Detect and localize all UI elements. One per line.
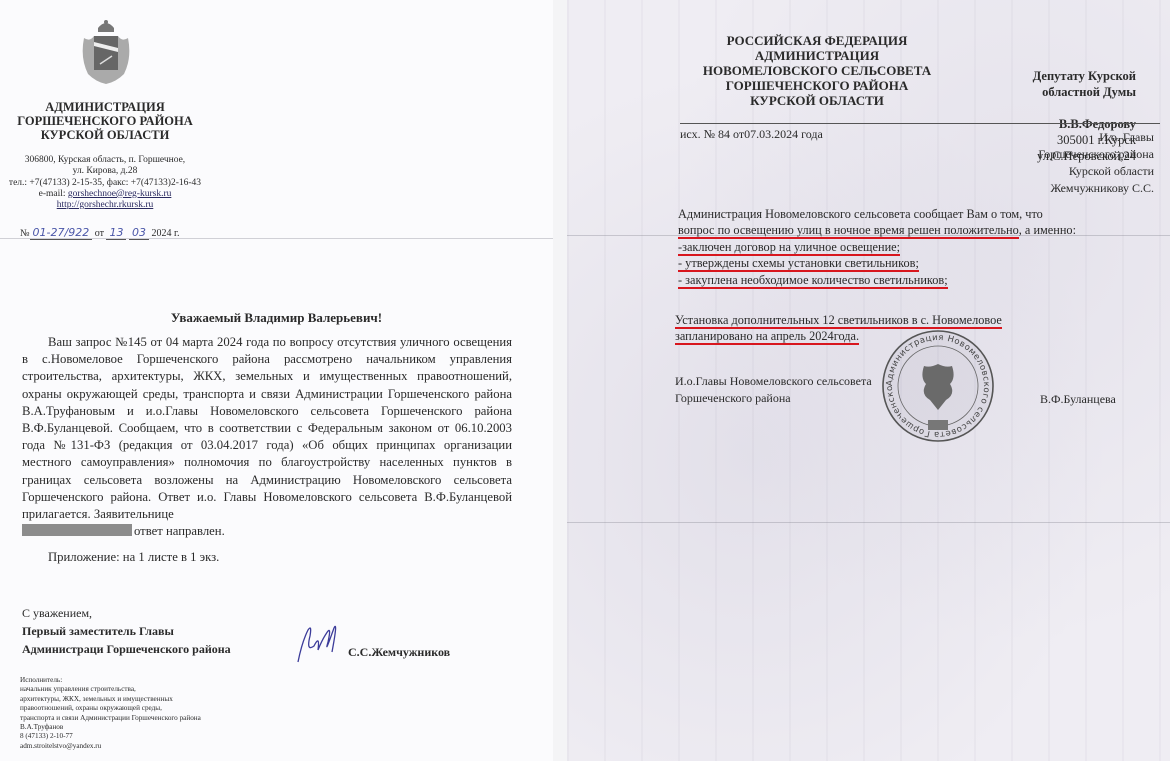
email-link[interactable]: gorshechnoe@reg-kursk.ru xyxy=(68,189,171,199)
email-label: e-mail: xyxy=(39,189,68,199)
page-gap xyxy=(553,0,567,761)
body-tail: ответ направлен. xyxy=(134,524,225,538)
coat-of-arms-icon xyxy=(78,18,134,86)
org-address: 306800, Курская область, п. Горшечное, у… xyxy=(0,155,210,211)
addressee-line: И.о. Главы xyxy=(934,129,1154,146)
addressee-line: Горшеченского района xyxy=(934,146,1154,163)
org-title: АДМИНИСТРАЦИЯ ГОРШЕЧЕНСКОГО РАЙОНА КУРСК… xyxy=(0,100,210,142)
rf-letterhead: РОССИЙСКАЯ ФЕДЕРАЦИЯ АДМИНИСТРАЦИЯ НОВОМ… xyxy=(567,33,1067,108)
letterhead-line: КУРСКОЙ ОБЛАСТИ xyxy=(567,93,1067,108)
redacted-name xyxy=(22,524,132,536)
letterhead-line: ГОРШЕЧЕНСКОГО РАЙОНА xyxy=(567,78,1067,93)
body-paragraph: Ваш запрос №145 от 04 марта 2024 года по… xyxy=(22,335,512,521)
decision-rest: , а именно: xyxy=(1019,223,1076,237)
executor-name: В.А.Труфанов xyxy=(20,723,201,732)
signer-title-line: И.о.Главы Новомеловского сельсовета xyxy=(675,373,872,390)
installation-line: запланировано на апрель 2024года. xyxy=(675,329,859,345)
executor-line: начальник управления строительства, xyxy=(20,685,201,694)
addressee-line: Жемчужникову С.С. xyxy=(934,180,1154,197)
executor-email[interactable]: adm.stroitelstvo@yandex.ru xyxy=(20,742,201,751)
signer-title-line: Горшеченского района xyxy=(675,390,872,407)
executor-line: Исполнитель: xyxy=(20,676,201,685)
letterhead-line: НОВОМЕЛОВСКОГО СЕЛЬСОВЕТА xyxy=(567,63,1067,78)
phone-fax-line: тел.: +7(47133) 2-15-35, факс: +7(47133)… xyxy=(0,178,210,189)
right-letter-body: Администрация Новомеловского сельсовета … xyxy=(678,206,1168,288)
official-seal-icon: Администрация Новомеловского сельсовета … xyxy=(880,328,996,444)
letterhead-line: АДМИНИСТРАЦИЯ xyxy=(567,48,1067,63)
action-item: -заключен договор на уличное освещение; xyxy=(678,240,900,256)
closing-text: С уважением, xyxy=(22,604,231,622)
installation-line: Установка дополнительных 12 светильников… xyxy=(675,313,1002,329)
right-signer-name: В.Ф.Буланцева xyxy=(1040,392,1116,407)
signer-name: С.С.Жемчужников xyxy=(348,645,450,660)
website-link[interactable]: http://gorshechr.rkursk.ru xyxy=(57,200,154,210)
right-signer-title: И.о.Главы Новомеловского сельсовета Горш… xyxy=(675,373,872,407)
org-title-line: ГОРШЕЧЕНСКОГО РАЙОНА xyxy=(0,114,210,128)
email-line: e-mail: gorshechnoe@reg-kursk.ru xyxy=(0,189,210,200)
executor-line: правоотношений, охраны окружающей среды, xyxy=(20,704,201,713)
handwritten-signature-icon xyxy=(292,622,348,664)
outgoing-number: исх. № 84 от07.03.2024 года xyxy=(680,127,823,142)
org-title-line: КУРСКОЙ ОБЛАСТИ xyxy=(0,128,210,142)
executor-phone: 8 (47133) 2-10-77 xyxy=(20,732,201,741)
action-item: - закуплена необходимое количество свети… xyxy=(678,273,948,289)
addressee-block: И.о. Главы Горшеченского района Курской … xyxy=(934,129,1154,197)
addressee-line: Курской области xyxy=(934,163,1154,180)
executor-line: транспорта и связи Администрации Горшече… xyxy=(20,714,201,723)
org-title-line: АДМИНИСТРАЦИЯ xyxy=(0,100,210,114)
address-line: 306800, Курская область, п. Горшечное, xyxy=(0,155,210,166)
action-item: - утверждены схемы установки светильнико… xyxy=(678,256,919,272)
letterhead-rule xyxy=(680,123,1160,124)
attachment-note: Приложение: на 1 листе в 1 экз. xyxy=(48,550,219,565)
signer-title: Первый заместитель Главы xyxy=(22,622,231,640)
fold-line xyxy=(567,522,1170,523)
salutation: Уважаемый Владимир Валерьевич! xyxy=(0,310,553,326)
signer-title: Администраци Горшеченского района xyxy=(22,640,231,658)
intro-line: Администрация Новомеловского сельсовета … xyxy=(678,206,1168,222)
decision-line: вопрос по освещению улиц в ночное время … xyxy=(678,222,1168,238)
executor-block: Исполнитель: начальник управления строит… xyxy=(20,676,201,751)
letter-body: Ваш запрос №145 от 04 марта 2024 года по… xyxy=(22,334,512,540)
address-line: ул. Кирова, д.28 xyxy=(0,166,210,177)
letterhead-line: РОССИЙСКАЯ ФЕДЕРАЦИЯ xyxy=(567,33,1067,48)
fold-line xyxy=(0,238,553,239)
executor-line: архитектуры, ЖКХ, земельных и имуществен… xyxy=(20,695,201,704)
closing-block: С уважением, Первый заместитель Главы Ад… xyxy=(22,604,231,658)
underlined-decision: вопрос по освещению улиц в ночное время … xyxy=(678,223,1019,239)
